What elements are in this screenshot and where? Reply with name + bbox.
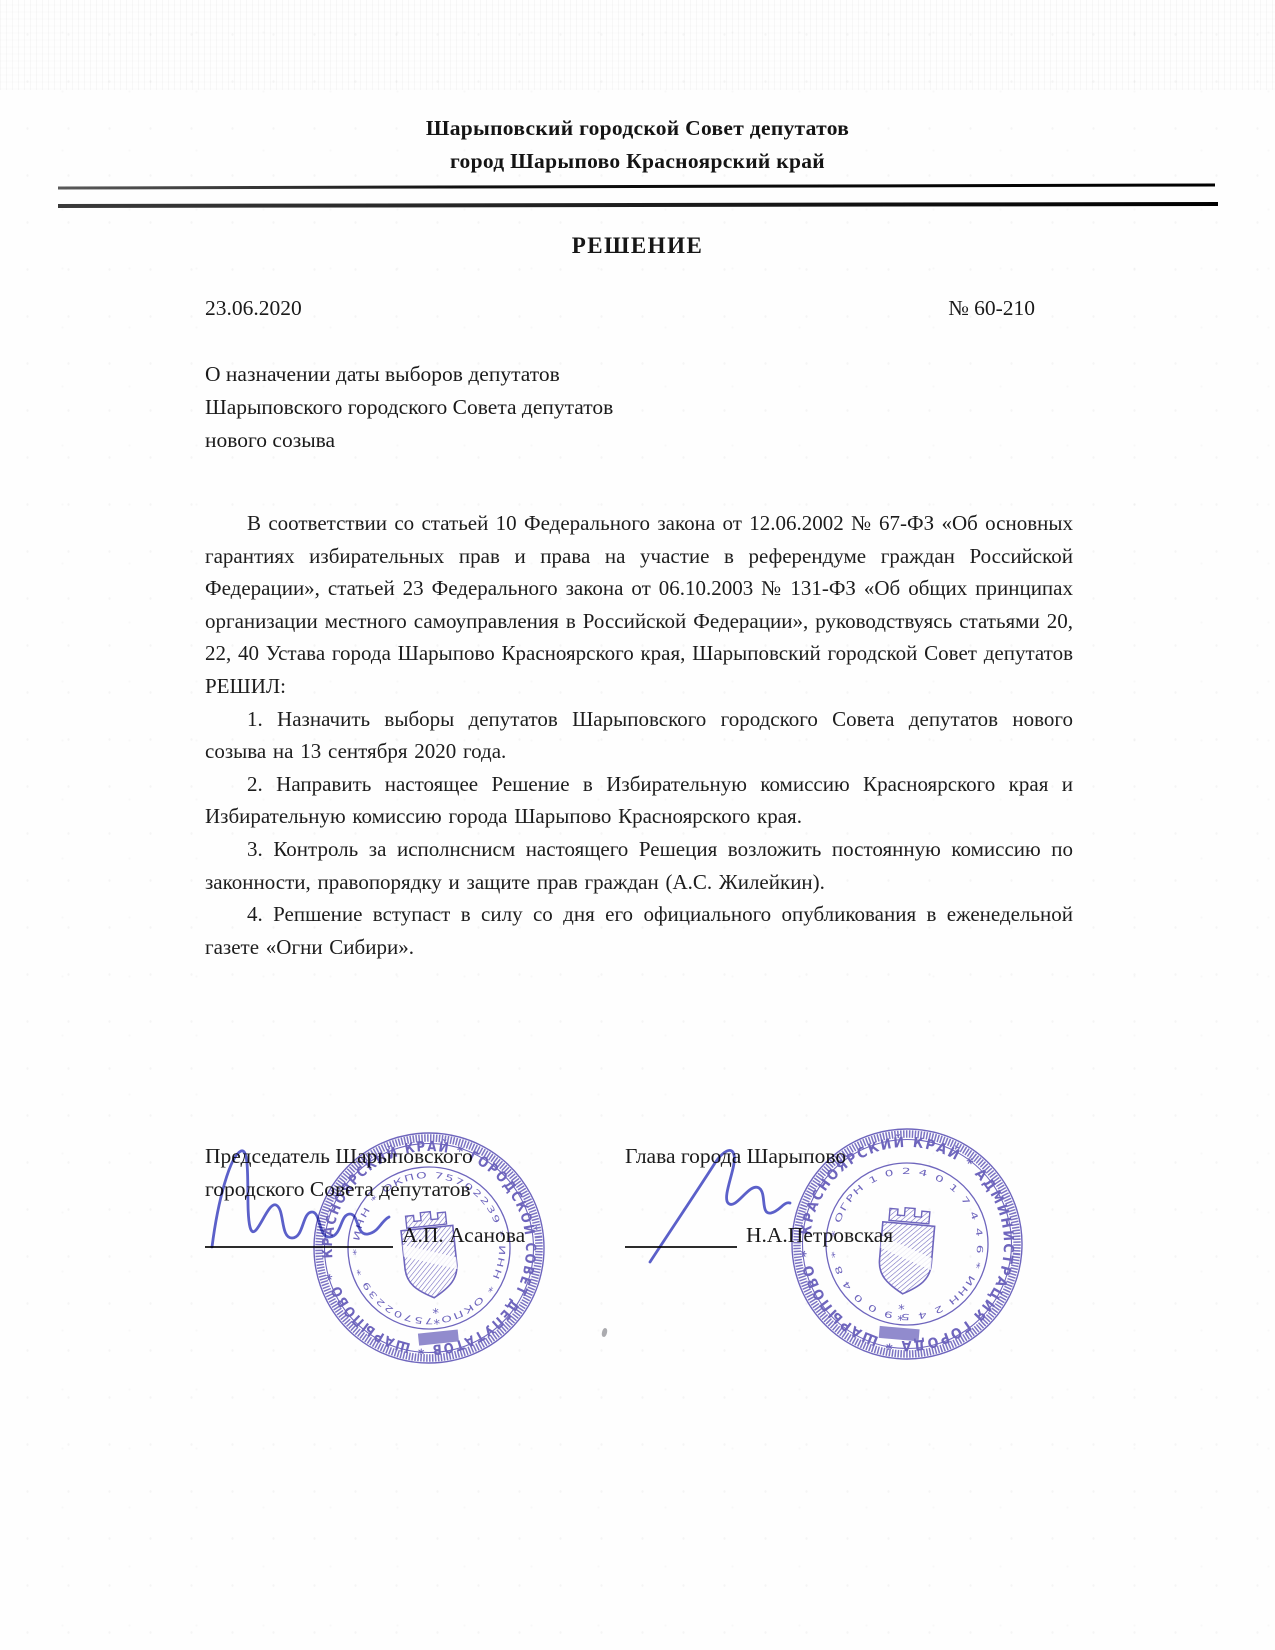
signatory-right-name: Н.А.Петровская (746, 1223, 893, 1248)
signature-underline-right (625, 1220, 737, 1248)
header-divider-line-top (58, 183, 1215, 189)
organization-header: Шарыповский городской Совет депутатов го… (0, 112, 1275, 178)
signature-line-left: А.П. Асанова (205, 1220, 525, 1248)
document-body: В соответствии со статьей 10 Федеральног… (205, 507, 1073, 963)
signatory-left-name: А.П. Асанова (402, 1223, 525, 1248)
stamp-star: * (897, 1302, 905, 1318)
stamp-star: * (432, 1306, 441, 1322)
document-meta-row: 23.06.2020 № 60-210 (205, 296, 1035, 321)
subject-line: нового созыва (205, 424, 765, 457)
body-paragraph-item-1: 1. Назначить выборы депутатов Шарыповско… (205, 703, 1073, 768)
stamp-bottom-block (418, 1329, 459, 1345)
signatory-left-title-line1: Председатель Шарыповского (205, 1140, 473, 1173)
document-date: 23.06.2020 (205, 296, 302, 321)
document-subject: О назначении даты выборов депутатов Шары… (205, 358, 765, 457)
scan-noise-band (0, 0, 1275, 90)
scan-artifact-dot (601, 1328, 608, 1338)
body-paragraph-intro: В соответствии со статьей 10 Федеральног… (205, 507, 1073, 703)
organization-name: Шарыповский городской Совет депутатов (0, 112, 1275, 145)
signature-underline-left (205, 1220, 393, 1248)
header-divider-line-bottom (58, 202, 1218, 208)
body-paragraph-item-3: 3. Контроль за исполнснисм настоящего Ре… (205, 833, 1073, 898)
stamp-bottom-block (879, 1326, 920, 1341)
organization-location: город Шарыпово Красноярский край (0, 145, 1275, 178)
subject-line: Шарыповского городского Совета депутатов (205, 391, 765, 424)
signatory-left-title-line2: городского Совета депутатов (205, 1173, 473, 1206)
document-number: № 60-210 (948, 296, 1035, 321)
signature-line-right: Н.А.Петровская (625, 1220, 893, 1248)
stamp-star: * (896, 1313, 904, 1329)
signatory-right-title: Глава города Шарыпово (625, 1140, 846, 1173)
subject-line: О назначении даты выборов депутатов (205, 358, 765, 391)
signatory-left-title: Председатель Шарыповского городского Сов… (205, 1140, 473, 1206)
scanned-document-page: Шарыповский городской Совет депутатов го… (0, 0, 1275, 1650)
stamp-star: * (433, 1317, 442, 1333)
document-title: РЕШЕНИЕ (0, 233, 1275, 259)
body-paragraph-item-2: 2. Направить настоящее Решение в Избират… (205, 768, 1073, 833)
body-paragraph-item-4: 4. Репшение вступаст в силу со дня его о… (205, 898, 1073, 963)
